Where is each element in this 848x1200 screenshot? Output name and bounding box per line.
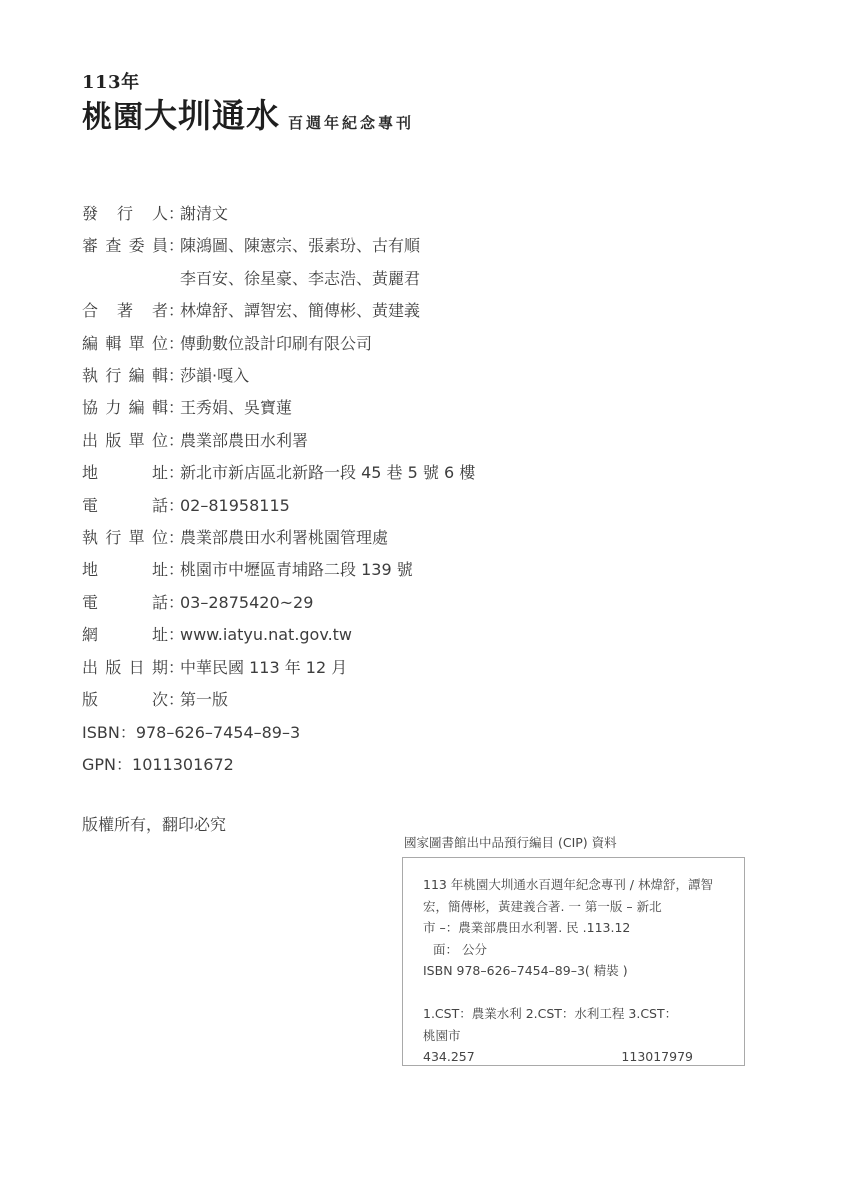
colophon-colon: ： xyxy=(168,684,180,716)
colophon-colon: ： xyxy=(168,295,180,327)
colophon-label-char: 地 xyxy=(82,554,98,586)
colophon-label: 地址 xyxy=(82,554,168,586)
colophon-label: 執行編輯 xyxy=(82,360,168,392)
title-year: 113年 xyxy=(82,72,414,94)
colophon-label-char: 員 xyxy=(152,230,168,262)
colophon-label-char: 編 xyxy=(82,328,98,360)
colophon-list: 發行人：謝清文審查委員：陳鴻圖、陳憲宗、張素玢、古有順 ：李百安、徐星豪、李志浩… xyxy=(82,198,475,781)
colophon-value: 農業部農田水利署桃園管理處 xyxy=(180,522,388,554)
colophon-label: 電話 xyxy=(82,490,168,522)
colophon-label-char: 行 xyxy=(105,360,121,392)
colophon-value: www.iatyu.nat.gov.tw xyxy=(180,619,352,651)
colophon-colon: ： xyxy=(168,619,180,651)
colophon-colon: ： xyxy=(168,360,180,392)
colophon-label-char: 話 xyxy=(152,490,168,522)
colophon-value: 李百安、徐星豪、李志浩、黃麗君 xyxy=(180,263,420,295)
book-title-block: 113年 桃園大圳通水 百週年紀念專刊 xyxy=(82,72,414,138)
colophon-value: 莎韻·嘎入 xyxy=(180,360,249,392)
colophon-label: 出版日期 xyxy=(82,652,168,684)
colophon-label: 版次 xyxy=(82,684,168,716)
cip-classification: 434.257 xyxy=(423,1046,475,1068)
title-subtitle: 百週年紀念專刊 xyxy=(288,112,414,133)
colophon-label-char: 版 xyxy=(105,425,121,457)
colophon-label-char: 著 xyxy=(117,295,133,327)
colophon-label-char: 人 xyxy=(152,198,168,230)
colophon-label: 協力編輯 xyxy=(82,392,168,424)
colophon-colon: ： xyxy=(168,490,180,522)
colophon-label-char: 址 xyxy=(152,457,168,489)
cip-line-title: 113 年桃園大圳通水百週年紀念專刊 / 林煒舒，譚智 xyxy=(423,874,713,896)
colophon-row: 地址：新北市新店區北新路一段 45 巷 5 號 6 樓 xyxy=(82,457,475,489)
colophon-label-char: 查 xyxy=(105,230,121,262)
colophon-label-char: 話 xyxy=(152,587,168,619)
colophon-label: 審查委員 xyxy=(82,230,168,262)
colophon-value: 中華民國 113 年 12 月 xyxy=(180,652,347,684)
colophon-colon: ： xyxy=(168,328,180,360)
colophon-label-char: 出 xyxy=(82,425,98,457)
colophon-label-char: 網 xyxy=(82,619,98,651)
cip-classification-row: 434.257 113017979 xyxy=(423,1046,693,1068)
colophon-label-char: 輯 xyxy=(105,328,121,360)
colophon-colon: ： xyxy=(168,522,180,554)
colophon-row: 地址：桃園市中壢區青埔路二段 139 號 xyxy=(82,554,475,586)
colophon-label-char: 出 xyxy=(82,652,98,684)
colophon-label-char: 位 xyxy=(152,328,168,360)
colophon-value: 03–2875420~29 xyxy=(180,587,313,619)
colophon-value: 王秀娟、吳寶蓮 xyxy=(180,392,292,424)
colophon-value: 新北市新店區北新路一段 45 巷 5 號 6 樓 xyxy=(180,457,475,489)
cip-record-box: 113 年桃園大圳通水百週年紀念專刊 / 林煒舒，譚智 宏，簡傳彬，黃建義合著.… xyxy=(402,857,745,1066)
colophon-value: 謝清文 xyxy=(180,198,228,230)
colophon-label-char: 合 xyxy=(82,295,98,327)
colophon-colon: ： xyxy=(168,554,180,586)
colophon-row: 編輯單位：傳動數位設計印刷有限公司 xyxy=(82,328,475,360)
cip-line-pages: 面： 公分 xyxy=(423,939,713,961)
colophon-label: 出版單位 xyxy=(82,425,168,457)
cip-subjects-2: 桃園市 xyxy=(423,1025,713,1047)
cip-line-isbn: ISBN 978–626–7454–89–3( 精裝 ) xyxy=(423,960,713,982)
colophon-label-char: 位 xyxy=(152,522,168,554)
colophon-label-char: 輯 xyxy=(152,392,168,424)
colophon-row: 合著者：林煒舒、譚智宏、簡傳彬、黃建義 xyxy=(82,295,475,327)
colophon-label-char: 單 xyxy=(129,522,145,554)
title-main: 桃園大圳通水 xyxy=(82,96,280,138)
colophon-label-char: 行 xyxy=(105,522,121,554)
colophon-label-char: 者 xyxy=(152,295,168,327)
colophon-label: 合著者 xyxy=(82,295,168,327)
colophon-label-char: 編 xyxy=(129,392,145,424)
colophon-label-char: 力 xyxy=(105,392,121,424)
colophon-gpn: GPN：1011301672 xyxy=(82,749,475,781)
colophon-row: ：李百安、徐星豪、李志浩、黃麗君 xyxy=(82,263,475,295)
colophon-label-char: 位 xyxy=(152,425,168,457)
colophon-value: 桃園市中壢區青埔路二段 139 號 xyxy=(180,554,413,586)
title-main-row: 桃園大圳通水 百週年紀念專刊 xyxy=(82,96,414,138)
copyright-notice: 版權所有，翻印必究 xyxy=(82,813,226,837)
colophon-value: 02–81958115 xyxy=(180,490,290,522)
colophon-colon: ： xyxy=(168,587,180,619)
colophon-colon: ： xyxy=(168,230,180,262)
cip-content: 113 年桃園大圳通水百週年紀念專刊 / 林煒舒，譚智 宏，簡傳彬，黃建義合著.… xyxy=(423,874,713,1068)
cip-line-authors: 宏，簡傳彬，黃建義合著. 一 第一版 – 新北 xyxy=(423,896,713,918)
colophon-label-char: 行 xyxy=(117,198,133,230)
colophon-label-char: 址 xyxy=(152,619,168,651)
colophon-label: 電話 xyxy=(82,587,168,619)
colophon-row: 網址：www.iatyu.nat.gov.tw xyxy=(82,619,475,651)
colophon-row: 版次：第一版 xyxy=(82,684,475,716)
colophon-label: 網址 xyxy=(82,619,168,651)
colophon-colon: ： xyxy=(168,652,180,684)
title-main-part1: 桃園 xyxy=(82,100,144,135)
colophon-row: 電話：03–2875420~29 xyxy=(82,587,475,619)
colophon-isbn: ISBN：978–626–7454–89–3 xyxy=(82,717,475,749)
colophon-row: 發行人：謝清文 xyxy=(82,198,475,230)
cip-heading: 國家圖書館出中品預行編目 (CIP) 資料 xyxy=(404,834,617,852)
colophon-label-char: 期 xyxy=(152,652,168,684)
colophon-label-char: 電 xyxy=(82,490,98,522)
colophon-label-char: 執 xyxy=(82,360,98,392)
colophon-label-char: 日 xyxy=(129,652,145,684)
colophon-label-char: 電 xyxy=(82,587,98,619)
colophon-row: 執行編輯：莎韻·嘎入 xyxy=(82,360,475,392)
colophon-row: 出版日期：中華民國 113 年 12 月 xyxy=(82,652,475,684)
colophon-label-char: 發 xyxy=(82,198,98,230)
colophon-label-char: 地 xyxy=(82,457,98,489)
cip-record-number: 113017979 xyxy=(621,1046,693,1068)
colophon-value: 傳動數位設計印刷有限公司 xyxy=(180,328,372,360)
colophon-label: 發行人 xyxy=(82,198,168,230)
colophon-value: 第一版 xyxy=(180,684,228,716)
colophon-label-char: 輯 xyxy=(152,360,168,392)
colophon-row: 審查委員：陳鴻圖、陳憲宗、張素玢、古有順 xyxy=(82,230,475,262)
colophon-label-char: 址 xyxy=(152,554,168,586)
colophon-colon: ： xyxy=(168,457,180,489)
colophon-label-char: 委 xyxy=(129,230,145,262)
colophon-label: 地址 xyxy=(82,457,168,489)
colophon-label-char: 版 xyxy=(105,652,121,684)
colophon-colon: ： xyxy=(168,198,180,230)
colophon-label-char: 審 xyxy=(82,230,98,262)
colophon-label-char: 執 xyxy=(82,522,98,554)
colophon-row: 協力編輯：王秀娟、吳寶蓮 xyxy=(82,392,475,424)
title-main-part2: 大圳通水 xyxy=(144,96,280,135)
colophon-label: 編輯單位 xyxy=(82,328,168,360)
colophon-row: 執行單位：農業部農田水利署桃園管理處 xyxy=(82,522,475,554)
colophon-colon: ： xyxy=(168,425,180,457)
colophon-label-char: 單 xyxy=(129,328,145,360)
colophon-label-char: 協 xyxy=(82,392,98,424)
colophon-label-char: 版 xyxy=(82,684,98,716)
colophon-value: 林煒舒、譚智宏、簡傳彬、黃建義 xyxy=(180,295,420,327)
cip-subjects-1: 1.CST：農業水利 2.CST：水利工程 3.CST： xyxy=(423,1003,713,1025)
cip-spacer xyxy=(423,982,713,1004)
colophon-label-char: 次 xyxy=(152,684,168,716)
colophon-value: 陳鴻圖、陳憲宗、張素玢、古有順 xyxy=(180,230,420,262)
colophon-row: 出版單位：農業部農田水利署 xyxy=(82,425,475,457)
colophon-label: 執行單位 xyxy=(82,522,168,554)
colophon-colon: ： xyxy=(168,392,180,424)
colophon-label-char: 單 xyxy=(129,425,145,457)
colophon-row: 電話：02–81958115 xyxy=(82,490,475,522)
cip-line-publisher: 市 –：農業部農田水利署. 民 .113.12 xyxy=(423,917,713,939)
colophon-value: 農業部農田水利署 xyxy=(180,425,308,457)
colophon-label-char: 編 xyxy=(129,360,145,392)
